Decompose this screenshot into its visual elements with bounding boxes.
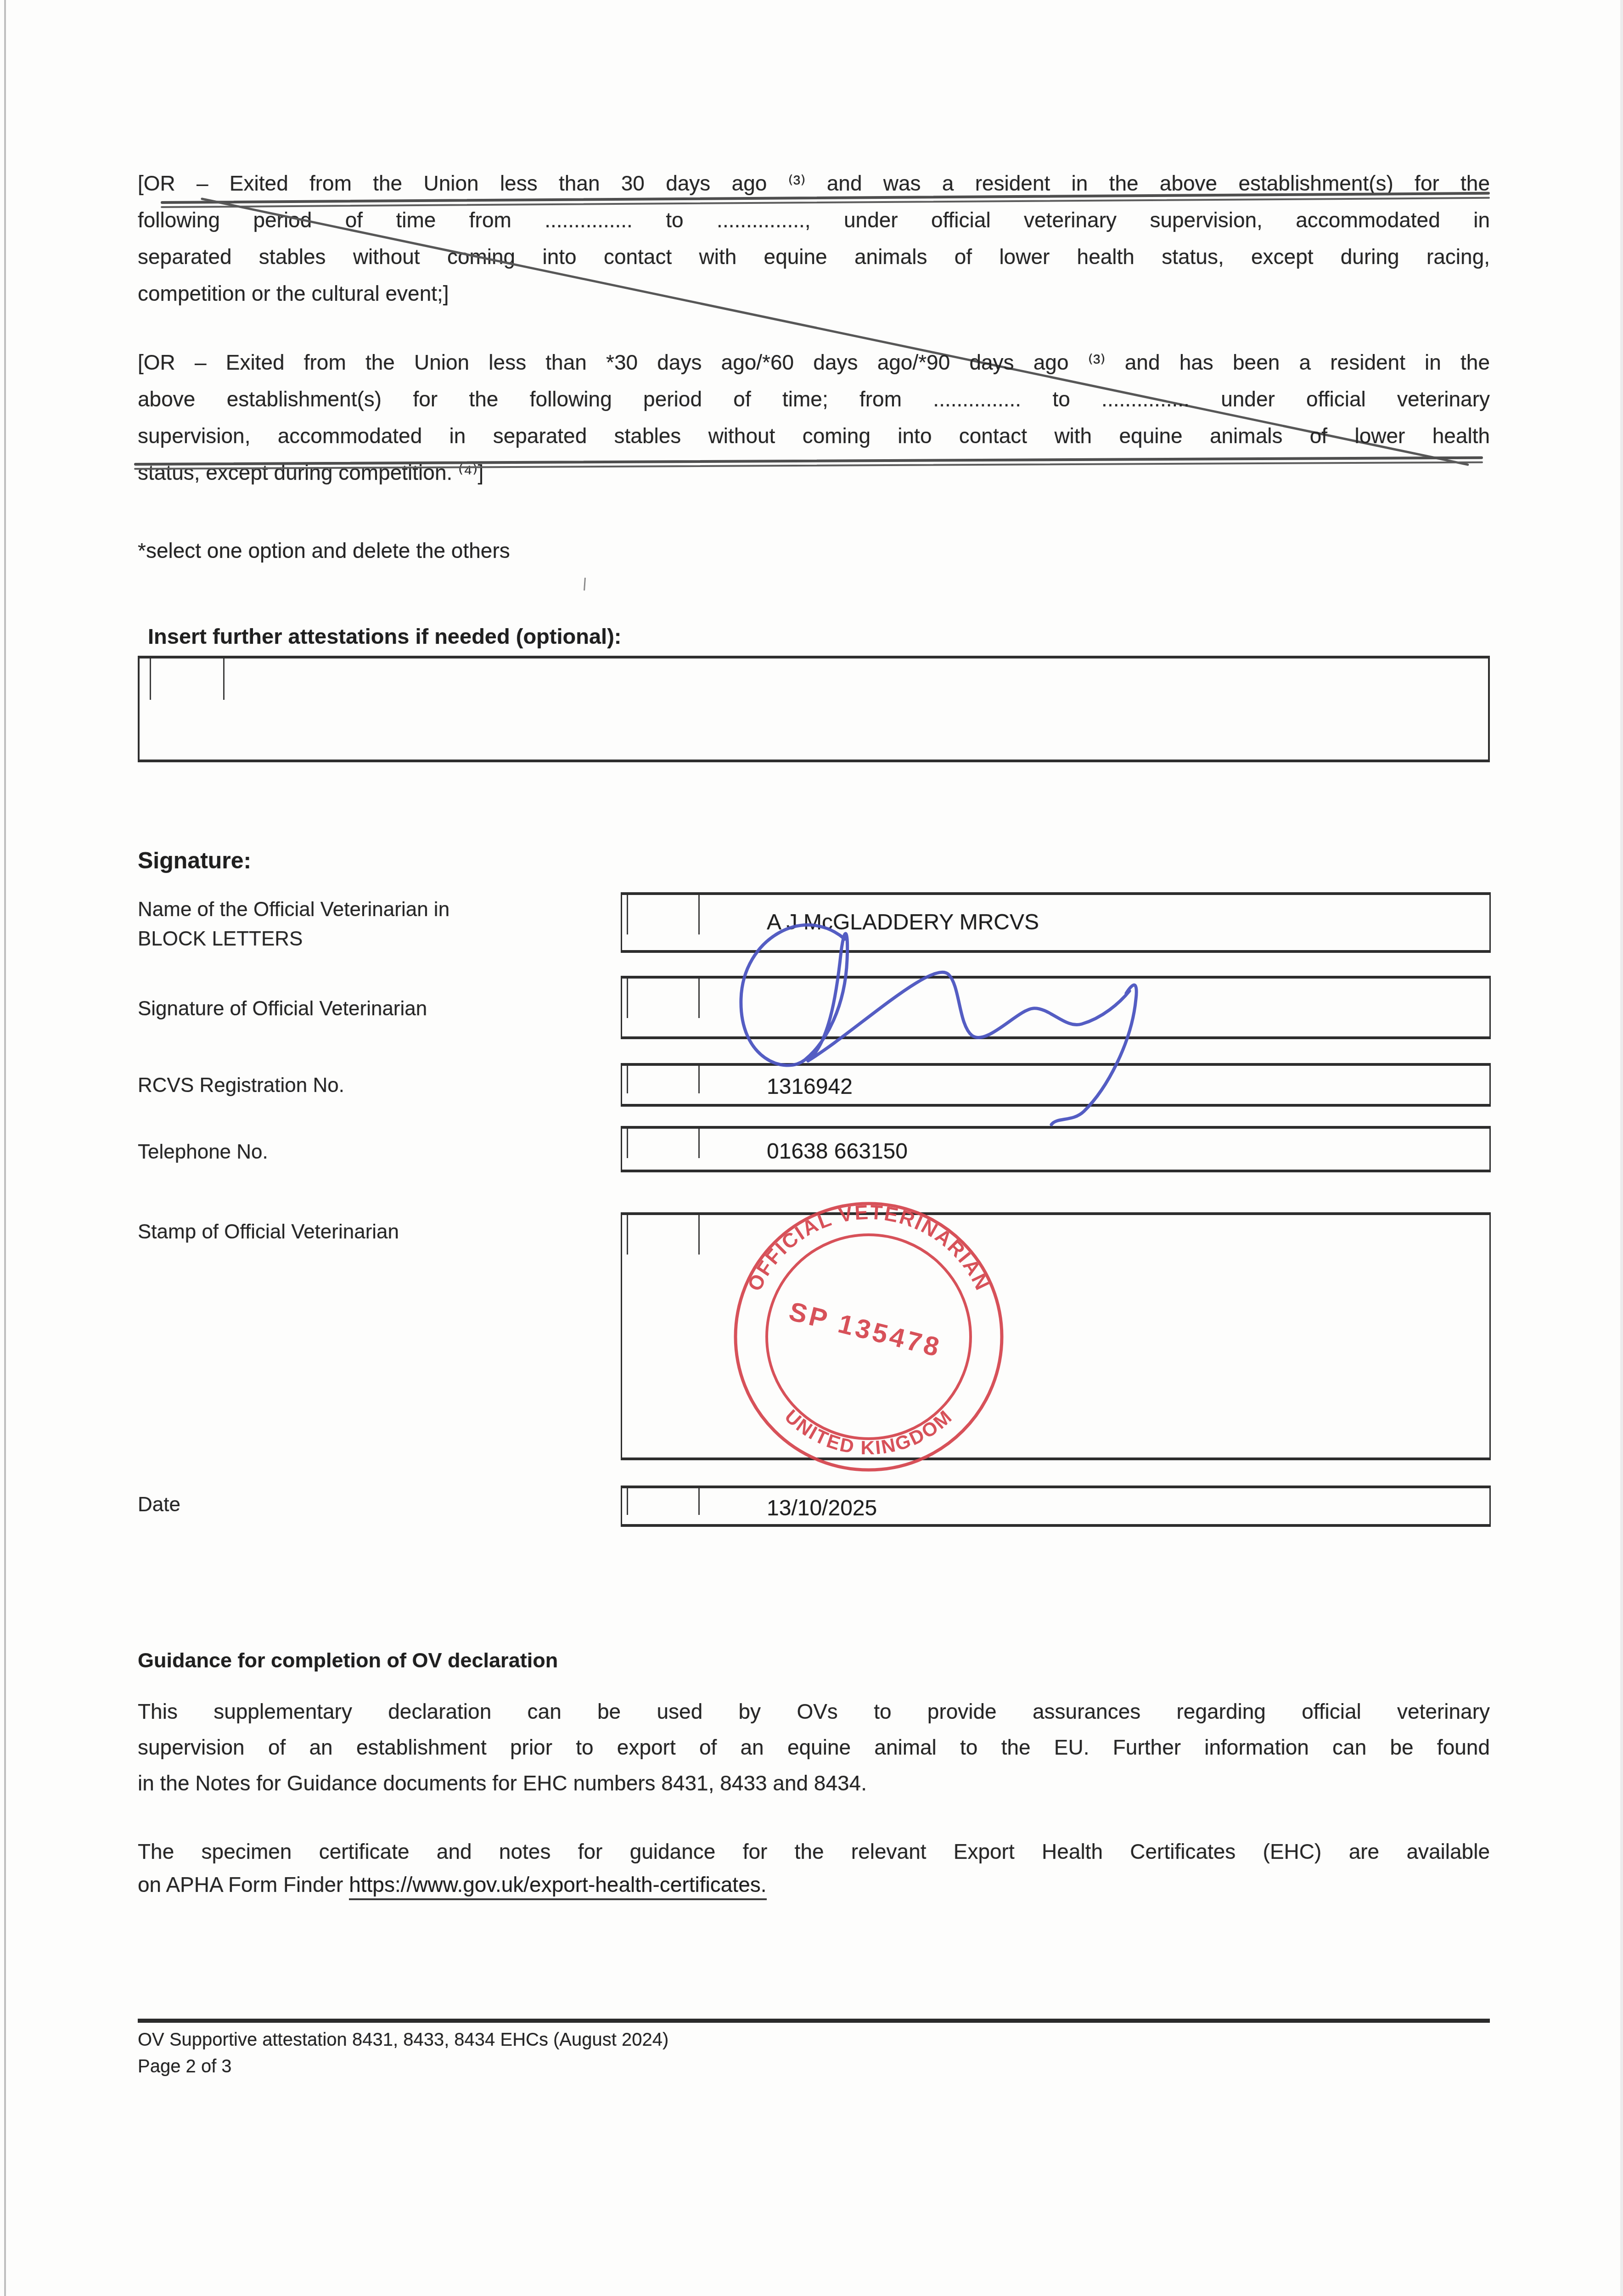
- name-label-line1: Name of the Official Veterinarian in: [138, 898, 449, 921]
- specimen-line: The specimen certificate and notes for g…: [138, 1839, 1490, 1864]
- official-veterinarian-stamp: OFFICIAL VETERINARIAN UNITED KINGDOM SP …: [721, 1194, 1015, 1497]
- specimen-line: on APHA Form Finder https://www.gov.uk/e…: [138, 1872, 1490, 1897]
- option2-line: [OR – Exited from the Union less than *3…: [138, 350, 1490, 375]
- option2-line: above establishment(s) for the following…: [138, 387, 1490, 411]
- cell-divider-tick: [698, 1488, 700, 1515]
- date-label: Date: [138, 1493, 180, 1516]
- scanned-document-page: { "colors": { "ink_signature": "#4c55c0"…: [0, 0, 1623, 2296]
- cell-divider-tick: [698, 1129, 700, 1158]
- cell-divider-tick: [698, 895, 700, 934]
- further-attestations-box: [138, 656, 1490, 762]
- cell-divider-tick: [627, 1215, 628, 1255]
- name-label-line2: BLOCK LETTERS: [138, 928, 303, 951]
- stamp-center-number: SP 135478: [786, 1296, 945, 1363]
- cell-divider-tick: [150, 658, 151, 700]
- stamp-bottom-arc-text: UNITED KINGDOM: [781, 1405, 957, 1458]
- select-option-note: *select one option and delete the others: [138, 538, 510, 563]
- date-value: 13/10/2025: [767, 1496, 877, 1521]
- signature-stroke: [808, 972, 1129, 1061]
- cell-divider-tick: [698, 979, 700, 1018]
- cell-divider-tick: [698, 1215, 700, 1255]
- cell-divider-tick: [627, 1488, 628, 1515]
- guidance-heading: Guidance for completion of OV declaratio…: [138, 1649, 558, 1672]
- guidance-line: in the Notes for Guidance documents for …: [138, 1771, 1490, 1795]
- guidance-line: This supplementary declaration can be us…: [138, 1699, 1490, 1724]
- footer-rule: [138, 2019, 1490, 2023]
- option1-line: [OR – Exited from the Union less than 30…: [138, 171, 1490, 196]
- cell-divider-tick: [627, 895, 628, 934]
- cell-divider-tick: [627, 1066, 628, 1093]
- option1-line: separated stables without coming into co…: [138, 244, 1490, 269]
- cell-divider-tick: [698, 1066, 700, 1093]
- telephone-label: Telephone No.: [138, 1141, 268, 1164]
- footer-page-number: Page 2 of 3: [138, 2056, 232, 2077]
- option1-line: competition or the cultural event;]: [138, 281, 1490, 306]
- stamp-top-arc-text: OFFICIAL VETERINARIAN: [743, 1201, 994, 1295]
- signature-label: Signature of Official Veterinarian: [138, 997, 427, 1020]
- signature-stroke: [1051, 985, 1136, 1125]
- footer-document-title: OV Supportive attestation 8431, 8433, 84…: [138, 2030, 668, 2050]
- cell-divider-tick: [627, 1129, 628, 1158]
- stamp-label: Stamp of Official Veterinarian: [138, 1221, 399, 1244]
- export-health-certificates-link[interactable]: https://www.gov.uk/export-health-certifi…: [349, 1873, 766, 1900]
- option2-line: supervision, accommodated in separated s…: [138, 423, 1490, 448]
- signature-ink: [716, 895, 1166, 1153]
- guidance-line: supervision of an establishment prior to…: [138, 1735, 1490, 1760]
- cell-divider-tick: [223, 658, 225, 700]
- cell-divider-tick: [627, 979, 628, 1018]
- stray-pen-mark: [584, 578, 586, 591]
- specimen-prefix: on APHA Form Finder: [138, 1873, 349, 1896]
- further-attestations-heading: Insert further attestations if needed (o…: [148, 624, 621, 649]
- scan-left-edge: [4, 0, 6, 2296]
- scan-right-edge: [1620, 0, 1623, 2296]
- signature-section-heading: Signature:: [138, 847, 251, 874]
- rcvs-label: RCVS Registration No.: [138, 1074, 344, 1097]
